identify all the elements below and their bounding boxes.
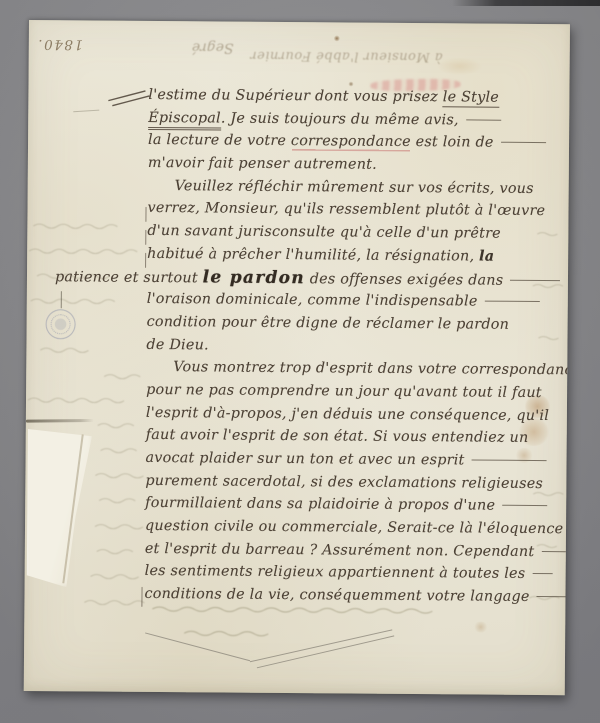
manuscript-line: question civile ou commerciale, Serait-c… xyxy=(145,515,568,541)
text-segment: faut avoir l'esprit de son état. Si vous… xyxy=(146,427,529,446)
manuscript-line: conditions de la vie, conséquemment votr… xyxy=(144,583,567,609)
text-segment: avocat plaider sur un ton et avec un esp… xyxy=(146,450,465,469)
paper-fiber-mark xyxy=(61,291,62,308)
margin-note: patience et xyxy=(55,269,144,286)
manuscript-line: la lecture de votre correspondance est l… xyxy=(148,129,570,155)
text-segment: l'estime du Supérieur dont vous prisez xyxy=(148,87,442,105)
bold-inserted-text: le pardon xyxy=(203,267,305,288)
line-filler-dash xyxy=(472,459,547,461)
manuscript-line: Épiscopal. Je suis toujours du même avis… xyxy=(148,107,570,133)
bold-text: la xyxy=(479,248,494,264)
line-filler-dash xyxy=(510,279,560,280)
text-segment: de Dieu. xyxy=(146,336,209,352)
manuscript-line: m'avoir fait penser autrement. xyxy=(148,152,570,178)
line-filler-dash xyxy=(501,142,546,143)
manuscript-line: fourmillaient dans sa plaidoirie à propo… xyxy=(145,492,568,518)
line-filler-dash xyxy=(532,573,552,574)
text-segment: les sentiments religieux appartiennent à… xyxy=(145,563,526,582)
letter-page: 1840. à Monsieur l'abbé Fournier Segré xyxy=(24,20,570,695)
text-segment: surtout xyxy=(143,269,202,285)
line-filler-dash xyxy=(541,551,566,552)
photo-edge-shadow xyxy=(452,0,600,6)
manuscript-line: les sentiments religieux appartiennent à… xyxy=(145,560,568,586)
line-filler-dash xyxy=(466,119,501,120)
text-segment: fourmillaient dans sa plaidoirie à propo… xyxy=(145,495,495,514)
manuscript-line: purement sacerdotal, si des exclamations… xyxy=(145,470,568,496)
manuscript-line: habitué à prêcher l'humilité, la résigna… xyxy=(147,243,570,269)
text-segment: purement sacerdotal, si des exclamations… xyxy=(145,473,543,492)
manuscript-line: l'oraison dominicale, comme l'indispensa… xyxy=(147,288,570,314)
photographed-manuscript-page: { "colors": { "mat_background": "#8d8d90… xyxy=(0,0,600,723)
line-filler-dash xyxy=(485,301,540,302)
manuscript-line: l'esprit d'à-propos, j'en déduis une con… xyxy=(146,402,569,428)
text-segment: Vous montrez trop d'esprit dans votre co… xyxy=(173,359,570,378)
manuscript-line: l'estime du Supérieur dont vous prisez l… xyxy=(148,84,570,110)
manuscript-line: avocat plaider sur un ton et avec un esp… xyxy=(145,447,568,473)
manuscript-line: condition pour être digne de réclamer le… xyxy=(147,311,570,337)
manuscript-line: d'un savant jurisconsulte qu'à celle d'u… xyxy=(147,220,570,246)
line-filler-dash xyxy=(537,596,567,597)
manuscript-line: faut avoir l'esprit de son état. Si vous… xyxy=(146,424,569,450)
double-underlined-text: Épiscopal xyxy=(148,110,221,131)
text-segment: l'oraison dominicale, comme l'indispensa… xyxy=(147,291,478,310)
text-segment: la lecture de votre xyxy=(148,132,291,149)
ink-spot xyxy=(334,35,340,41)
text-segment: est loin de xyxy=(411,134,494,151)
manuscript-line: Vous montrez trop d'esprit dans votre co… xyxy=(146,356,569,382)
manuscript-text-block: l'estime du Supérieur dont vous prisez l… xyxy=(144,84,570,609)
collection-stamp xyxy=(45,309,75,339)
text-segment: pour ne pas comprendre un jour qu'avant … xyxy=(146,382,542,401)
line-filler-dash xyxy=(502,505,547,506)
foxing-stain xyxy=(437,57,483,75)
manuscript-line: de Dieu. xyxy=(146,333,569,359)
text-segment: . Je suis toujours du même avis, xyxy=(221,110,459,128)
manuscript-line: Veuillez réfléchir mûrement sur vos écri… xyxy=(148,175,570,201)
manuscript-line: verrez, Monsieur, qu'ils ressemblent plu… xyxy=(147,197,570,223)
text-segment: question civile ou commerciale, Serait-c… xyxy=(145,518,563,537)
text-segment: m'avoir fait penser autrement. xyxy=(148,155,377,173)
text-segment: conditions de la vie, conséquemment votr… xyxy=(144,586,529,605)
text-segment: des offenses exigées dans xyxy=(305,271,503,289)
manuscript-line-with-margin-note: patience et surtout le pardon des offens… xyxy=(55,265,570,292)
text-segment: Veuillez réfléchir mûrement sur vos écri… xyxy=(175,178,534,197)
text-segment: d'un savant jurisconsulte qu'à celle d'u… xyxy=(147,223,501,242)
text-segment: l'esprit d'à-propos, j'en déduis une con… xyxy=(146,405,549,424)
text-segment: condition pour être digne de réclamer le… xyxy=(147,314,510,333)
red-underlined-text: correspondance xyxy=(291,133,411,150)
foxing-stain xyxy=(473,622,488,633)
underlined-text: le Style xyxy=(443,89,499,107)
text-segment: et l'esprit du barreau ? Assurément non.… xyxy=(145,541,535,560)
manuscript-line: pour ne pas comprendre un jour qu'avant … xyxy=(146,379,569,405)
text-segment: verrez, Monsieur, qu'ils ressemblent plu… xyxy=(147,200,545,219)
text-segment: habitué à prêcher l'humilité, la résigna… xyxy=(147,246,479,265)
manuscript-line: et l'esprit du barreau ? Assurément non.… xyxy=(145,538,568,564)
